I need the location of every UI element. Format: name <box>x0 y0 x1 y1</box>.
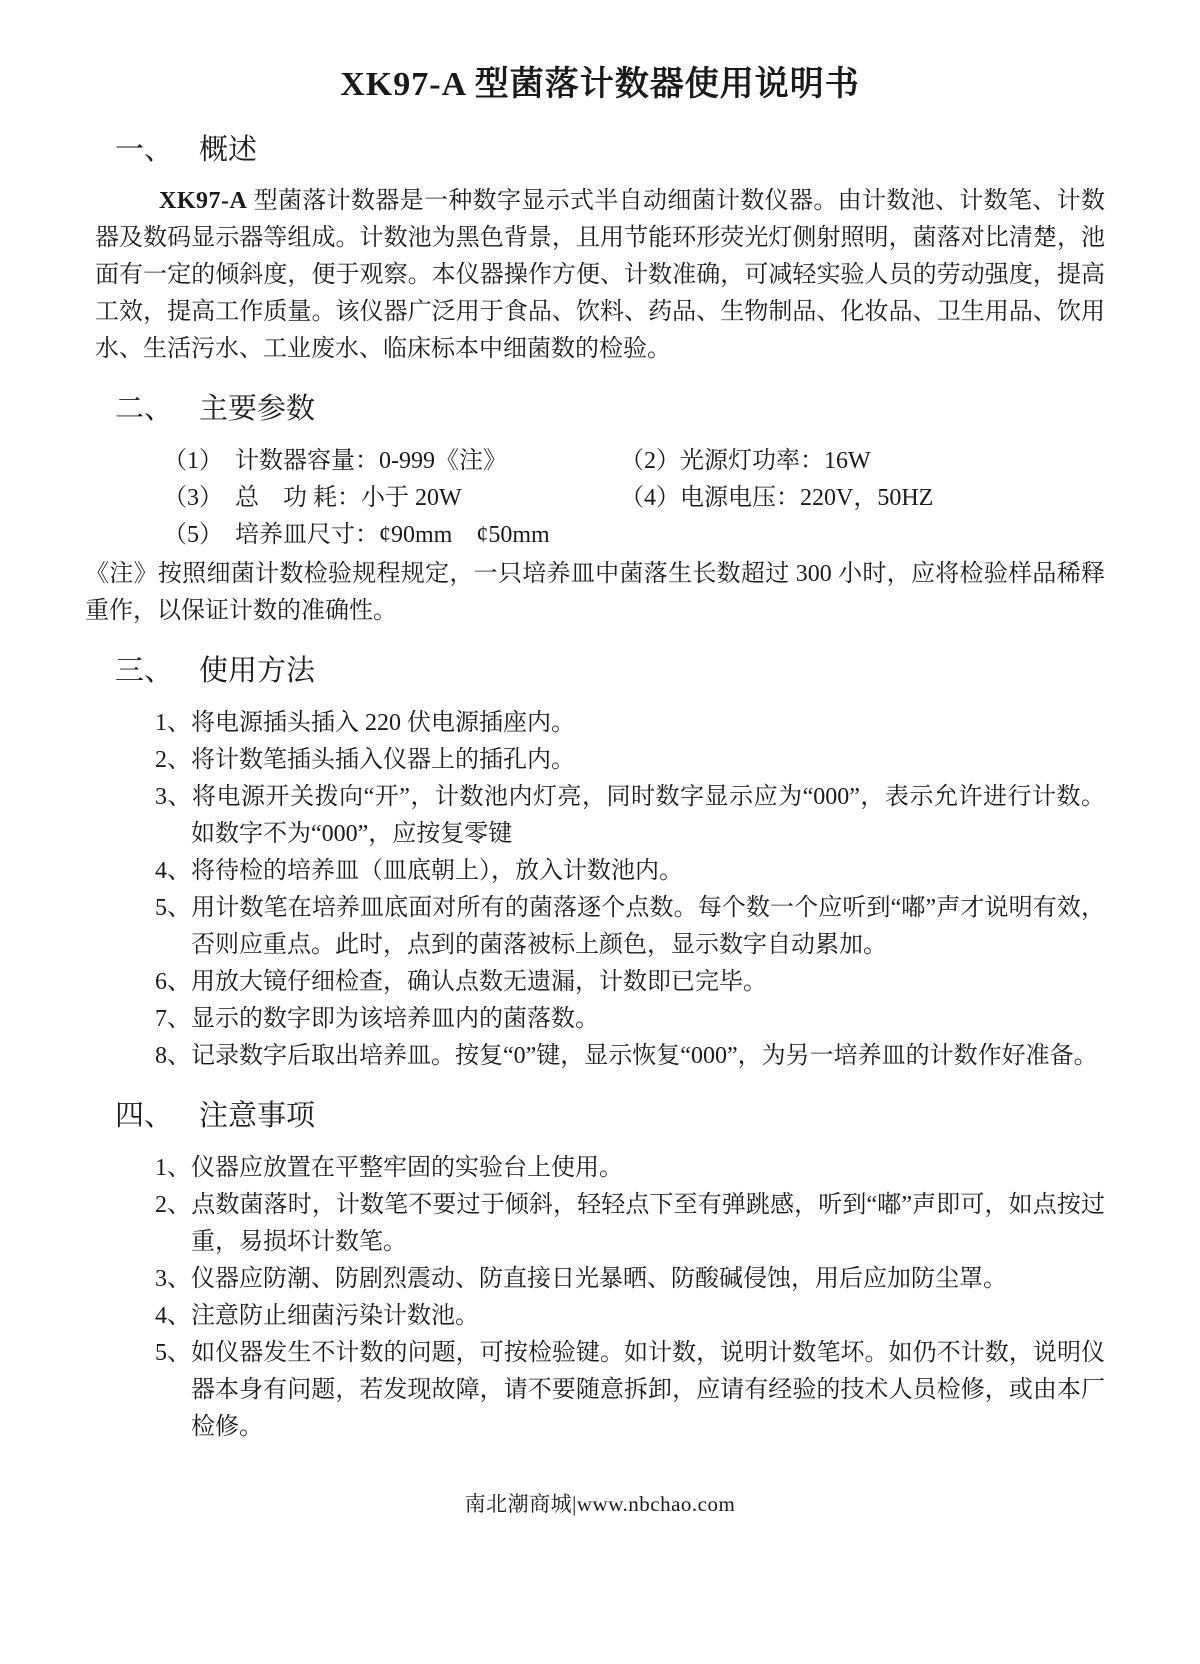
section-title: 使用方法 <box>199 655 315 687</box>
list-item: 2、将计数笔插头插入仪器上的插孔内。 <box>95 742 1105 779</box>
list-item: 4、将待检的培养皿（皿底朝上），放入计数池内。 <box>95 853 1105 890</box>
section-number: 一、 <box>115 134 173 166</box>
parameter-item: （5） 培养皿尺寸：¢90mm ¢50mm <box>95 517 620 554</box>
section-title: 注意事项 <box>199 1100 315 1132</box>
document-page: XK97-A 型菌落计数器使用说明书 一、概述 XK97-A 型菌落计数器是一种… <box>0 0 1200 1664</box>
list-item: 5、用计数笔在培养皿底面对所有的菌落逐个点数。每个数一个应听到“嘟”声才说明有效… <box>95 890 1105 964</box>
item-text: 注意防止细菌污染计数池。 <box>191 1303 479 1329</box>
usage-list: 1、将电源插头插入 220 伏电源插座内。 2、将计数笔插头插入仪器上的插孔内。… <box>95 705 1105 1075</box>
overview-text: 型菌落计数器是一种数字显示式半自动细菌计数仪器。由计数池、计数笔、计数器及数码显… <box>95 188 1105 362</box>
section-heading-usage: 三、使用方法 <box>115 654 1105 689</box>
item-text: 显示的数字即为该培养皿内的菌落数。 <box>191 1006 599 1032</box>
list-item: 3、将电源开关拨向“开”，计数池内灯亮，同时数字显示应为“000”，表示允许进行… <box>95 779 1105 853</box>
section-heading-parameters: 二、主要参数 <box>115 392 1105 427</box>
parameter-item: （1） 计数器容量：0-999《注》 <box>95 443 620 480</box>
item-number: 1、 <box>155 1155 191 1181</box>
item-number: 3、 <box>155 784 192 810</box>
overview-paragraph: XK97-A 型菌落计数器是一种数字显示式半自动细菌计数仪器。由计数池、计数笔、… <box>95 183 1105 368</box>
item-number: 4、 <box>155 1303 191 1329</box>
list-item: 2、点数菌落时，计数笔不要过于倾斜，轻轻点下至有弹跳感，听到“嘟”声即可，如点按… <box>95 1187 1105 1261</box>
list-item: 4、注意防止细菌污染计数池。 <box>95 1298 1105 1335</box>
item-text: 将计数笔插头插入仪器上的插孔内。 <box>191 747 575 773</box>
item-number: 4、 <box>155 858 191 884</box>
parameter-item: （4）电源电压：220V，50HZ <box>620 480 1105 517</box>
section-number: 四、 <box>115 1100 173 1132</box>
list-item: 1、将电源插头插入 220 伏电源插座内。 <box>95 705 1105 742</box>
item-text: 将电源插头插入 220 伏电源插座内。 <box>191 710 575 736</box>
list-item: 6、用放大镜仔细检查，确认点数无遗漏，计数即已完毕。 <box>95 964 1105 1001</box>
item-number: 8、 <box>155 1043 191 1069</box>
footer-watermark: 南北潮商城|www.nbchao.com <box>95 1488 1105 1518</box>
parameter-row: （1） 计数器容量：0-999《注》 （2）光源灯功率：16W <box>95 443 1105 480</box>
list-item: 7、显示的数字即为该培养皿内的菌落数。 <box>95 1001 1105 1038</box>
parameter-row: （3） 总 功 耗：小于 20W （4）电源电压：220V，50HZ <box>95 480 1105 517</box>
parameter-row: （5） 培养皿尺寸：¢90mm ¢50mm <box>95 517 1105 554</box>
item-text: 仪器应放置在平整牢固的实验台上使用。 <box>191 1155 623 1181</box>
item-text: 如仪器发生不计数的问题，可按检验键。如计数，说明计数笔坏。如仍不计数，说明仪器本… <box>191 1340 1105 1440</box>
item-text: 点数菌落时，计数笔不要过于倾斜，轻轻点下至有弹跳感，听到“嘟”声即可，如点按过重… <box>191 1192 1105 1255</box>
item-number: 7、 <box>155 1006 191 1032</box>
item-number: 5、 <box>155 1340 191 1366</box>
item-text: 用计数笔在培养皿底面对所有的菌落逐个点数。每个数一个应听到“嘟”声才说明有效，否… <box>191 895 1105 958</box>
precautions-list: 1、仪器应放置在平整牢固的实验台上使用。 2、点数菌落时，计数笔不要过于倾斜，轻… <box>95 1150 1105 1446</box>
section-heading-overview: 一、概述 <box>115 133 1105 168</box>
item-number: 1、 <box>155 710 191 736</box>
list-item: 5、如仪器发生不计数的问题，可按检验键。如计数，说明计数笔坏。如仍不计数，说明仪… <box>95 1335 1105 1446</box>
section-number: 二、 <box>115 393 173 425</box>
item-number: 5、 <box>155 895 191 921</box>
list-item: 8、记录数字后取出培养皿。按复“0”键，显示恢复“000”，为另一培养皿的计数作… <box>95 1038 1105 1075</box>
list-item: 3、仪器应防潮、防剧烈震动、防直接日光暴晒、防酸碱侵蚀，用后应加防尘罩。 <box>95 1261 1105 1298</box>
section-number: 三、 <box>115 655 173 687</box>
parameters-note: 《注》按照细菌计数检验规程规定，一只培养皿中菌落生长数超过 300 小时，应将检… <box>85 556 1105 630</box>
item-number: 6、 <box>155 969 191 995</box>
list-item: 1、仪器应放置在平整牢固的实验台上使用。 <box>95 1150 1105 1187</box>
parameter-item: （2）光源灯功率：16W <box>620 443 1105 480</box>
section-heading-precautions: 四、注意事项 <box>115 1099 1105 1134</box>
parameter-item <box>620 517 1105 554</box>
item-text: 仪器应防潮、防剧烈震动、防直接日光暴晒、防酸碱侵蚀，用后应加防尘罩。 <box>191 1266 1007 1292</box>
item-text: 用放大镜仔细检查，确认点数无遗漏，计数即已完毕。 <box>191 969 767 995</box>
item-text: 将电源开关拨向“开”，计数池内灯亮，同时数字显示应为“000”，表示允许进行计数… <box>191 784 1105 847</box>
item-number: 3、 <box>155 1266 191 1292</box>
document-title: XK97-A 型菌落计数器使用说明书 <box>95 64 1105 107</box>
parameter-item: （3） 总 功 耗：小于 20W <box>95 480 620 517</box>
item-text: 将待检的培养皿（皿底朝上），放入计数池内。 <box>191 858 683 884</box>
item-number: 2、 <box>155 1192 191 1218</box>
item-number: 2、 <box>155 747 191 773</box>
model-name: XK97-A <box>159 188 247 214</box>
item-text: 记录数字后取出培养皿。按复“0”键，显示恢复“000”，为另一培养皿的计数作好准… <box>191 1043 1098 1069</box>
section-title: 概述 <box>199 134 257 166</box>
section-title: 主要参数 <box>199 393 315 425</box>
